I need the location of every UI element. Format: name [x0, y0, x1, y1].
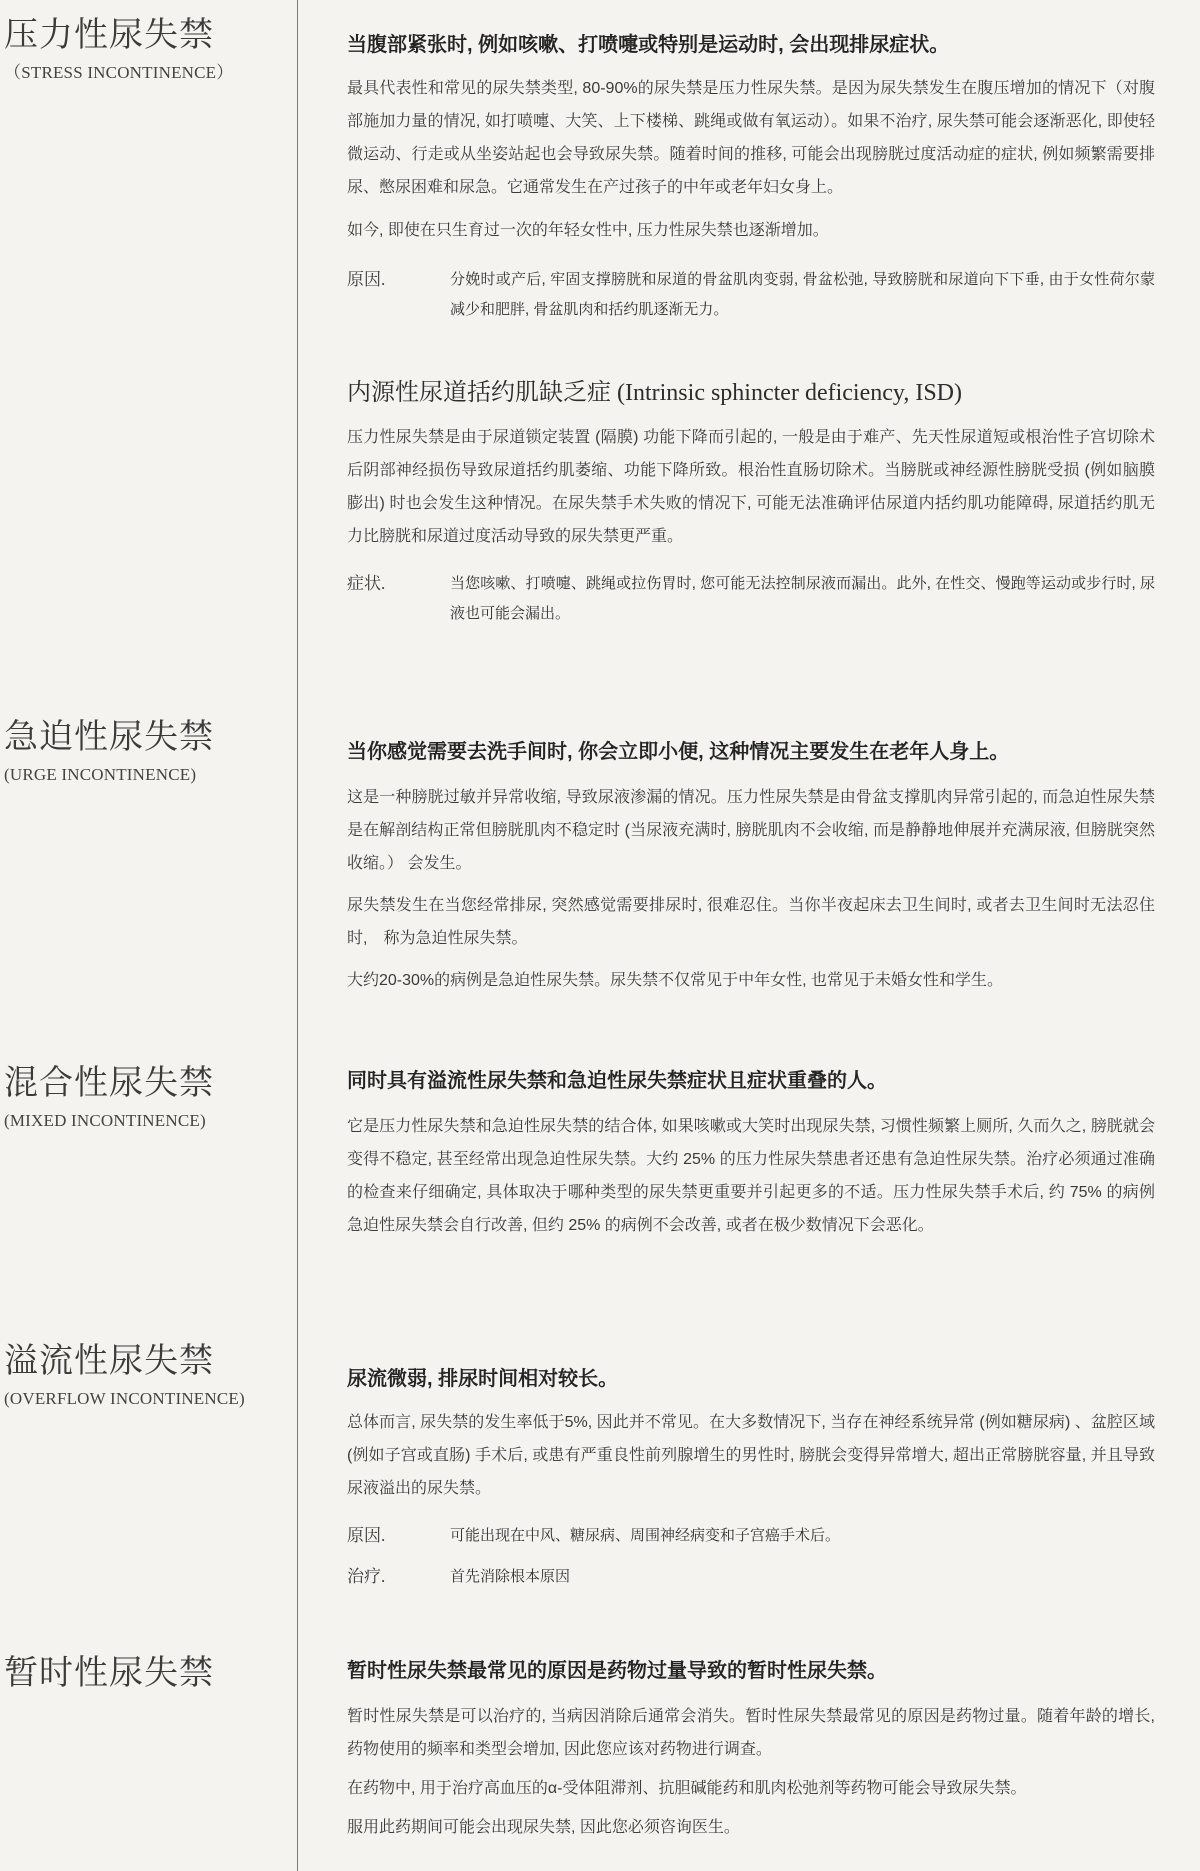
info-row-label: 原因. — [347, 265, 450, 325]
section-title-zh: 混合性尿失禁 — [4, 1062, 292, 1106]
info-row-cause: 原因. 分娩时或产后, 牢固支撑膀胱和尿道的骨盆肌肉变弱, 骨盆松弛, 导致膀胱… — [347, 265, 1155, 325]
section-heading: 暂时性尿失禁最常见的原因是药物过量导致的暂时性尿失禁。 — [347, 1656, 1155, 1686]
paragraph: 在药物中, 用于治疗高血压的α-受体阻滞剂、抗胆碱能药和肌肉松弛剂等药物可能会导… — [347, 1772, 1155, 1805]
section-heading: 当你感觉需要去洗手间时, 你会立即小便, 这种情况主要发生在老年人身上。 — [347, 737, 1155, 767]
section-title-zh: 暂时性尿失禁 — [4, 1652, 292, 1696]
info-row-label: 症状. — [347, 569, 450, 629]
info-row-text: 当您咳嗽、打喷嚏、跳绳或拉伤胃时, 您可能无法控制尿液而漏出。此外, 在性交、慢… — [450, 569, 1155, 629]
section-content-overflow: 尿流微弱, 排尿时间相对较长。 总体而言, 尿失禁的发生率低于5%, 因此并不常… — [297, 1364, 1200, 1592]
info-row-text: 首先消除根本原因 — [450, 1562, 1155, 1592]
paragraph: 它是压力性尿失禁和急迫性尿失禁的结合体, 如果咳嗽或大笑时出现尿失禁, 习惯性频… — [347, 1110, 1155, 1242]
section-content-transient: 暂时性尿失禁最常见的原因是药物过量导致的暂时性尿失禁。 暂时性尿失禁是可以治疗的… — [297, 1656, 1200, 1844]
paragraph: 大约20-30%的病例是急迫性尿失禁。尿失禁不仅常见于中年女性, 也常见于未婚女… — [347, 964, 1155, 997]
section-title-en: (OVERFLOW INCONTINENCE) — [4, 1389, 292, 1409]
paragraph: 压力性尿失禁是由于尿道锁定装置 (隔膜) 功能下降而引起的, 一般是由于难产、先… — [347, 421, 1155, 553]
section-heading: 当腹部紧张时, 例如咳嗽、打喷嚏或特别是运动时, 会出现排尿症状。 — [347, 30, 1155, 60]
section-title-en: (MIXED INCONTINENCE) — [4, 1111, 292, 1131]
section-title-en: (URGE INCONTINENCE) — [4, 765, 292, 785]
paragraph: 暂时性尿失禁是可以治疗的, 当病因消除后通常会消失。暂时性尿失禁最常见的原因是药… — [347, 1700, 1155, 1766]
paragraph: 这是一种膀胱过敏并异常收缩, 导致尿液渗漏的情况。压力性尿失禁是由骨盆支撑肌肉异… — [347, 781, 1155, 880]
paragraph: 服用此药期间可能会出现尿失禁, 因此您必须咨询医生。 — [347, 1811, 1155, 1844]
section-content-urge: 当你感觉需要去洗手间时, 你会立即小便, 这种情况主要发生在老年人身上。 这是一… — [297, 737, 1200, 997]
section-title-urge: 急迫性尿失禁 (URGE INCONTINENCE) — [4, 716, 292, 785]
section-heading: 同时具有溢流性尿失禁和急迫性尿失禁症状且症状重叠的人。 — [347, 1066, 1155, 1096]
section-title-en: （STRESS INCONTINENCE） — [4, 63, 292, 83]
info-row-treatment: 治疗. 首先消除根本原因 — [347, 1562, 1155, 1592]
section-title-transient: 暂时性尿失禁 — [4, 1652, 292, 1696]
subsection-heading-isd: 内源性尿道括约肌缺乏症 (Intrinsic sphincter deficie… — [347, 377, 1155, 409]
section-title-zh: 压力性尿失禁 — [4, 14, 292, 58]
paragraph: 尿失禁发生在当您经常排尿, 突然感觉需要排尿时, 很难忍住。当你半夜起床去卫生间… — [347, 889, 1155, 955]
info-row-symptom: 症状. 当您咳嗽、打喷嚏、跳绳或拉伤胃时, 您可能无法控制尿液而漏出。此外, 在… — [347, 569, 1155, 629]
section-title-mixed: 混合性尿失禁 (MIXED INCONTINENCE) — [4, 1062, 292, 1131]
section-title-zh: 溢流性尿失禁 — [4, 1340, 292, 1384]
paragraph: 如今, 即使在只生育过一次的年轻女性中, 压力性尿失禁也逐渐增加。 — [347, 214, 1155, 247]
section-content-stress: 当腹部紧张时, 例如咳嗽、打喷嚏或特别是运动时, 会出现排尿症状。 最具代表性和… — [297, 30, 1200, 629]
info-row-label: 治疗. — [347, 1562, 450, 1592]
section-title-overflow: 溢流性尿失禁 (OVERFLOW INCONTINENCE) — [4, 1340, 292, 1409]
section-content-mixed: 同时具有溢流性尿失禁和急迫性尿失禁症状且症状重叠的人。 它是压力性尿失禁和急迫性… — [297, 1066, 1200, 1242]
info-row-label: 原因. — [347, 1521, 450, 1551]
section-heading: 尿流微弱, 排尿时间相对较长。 — [347, 1364, 1155, 1394]
info-row-text: 可能出现在中风、糖尿病、周围神经病变和子宫癌手术后。 — [450, 1521, 1155, 1551]
info-row-text: 分娩时或产后, 牢固支撑膀胱和尿道的骨盆肌肉变弱, 骨盆松弛, 导致膀胱和尿道向… — [450, 265, 1155, 325]
info-row-cause: 原因. 可能出现在中风、糖尿病、周围神经病变和子宫癌手术后。 — [347, 1521, 1155, 1551]
paragraph: 最具代表性和常见的尿失禁类型, 80-90%的尿失禁是压力性尿失禁。是因为尿失禁… — [347, 72, 1155, 204]
section-title-stress: 压力性尿失禁 （STRESS INCONTINENCE） — [4, 14, 292, 83]
incontinence-types-page: 压力性尿失禁 （STRESS INCONTINENCE） 当腹部紧张时, 例如咳… — [0, 0, 1200, 1871]
section-title-zh: 急迫性尿失禁 — [4, 716, 292, 760]
paragraph: 总体而言, 尿失禁的发生率低于5%, 因此并不常见。在大多数情况下, 当存在神经… — [347, 1406, 1155, 1505]
